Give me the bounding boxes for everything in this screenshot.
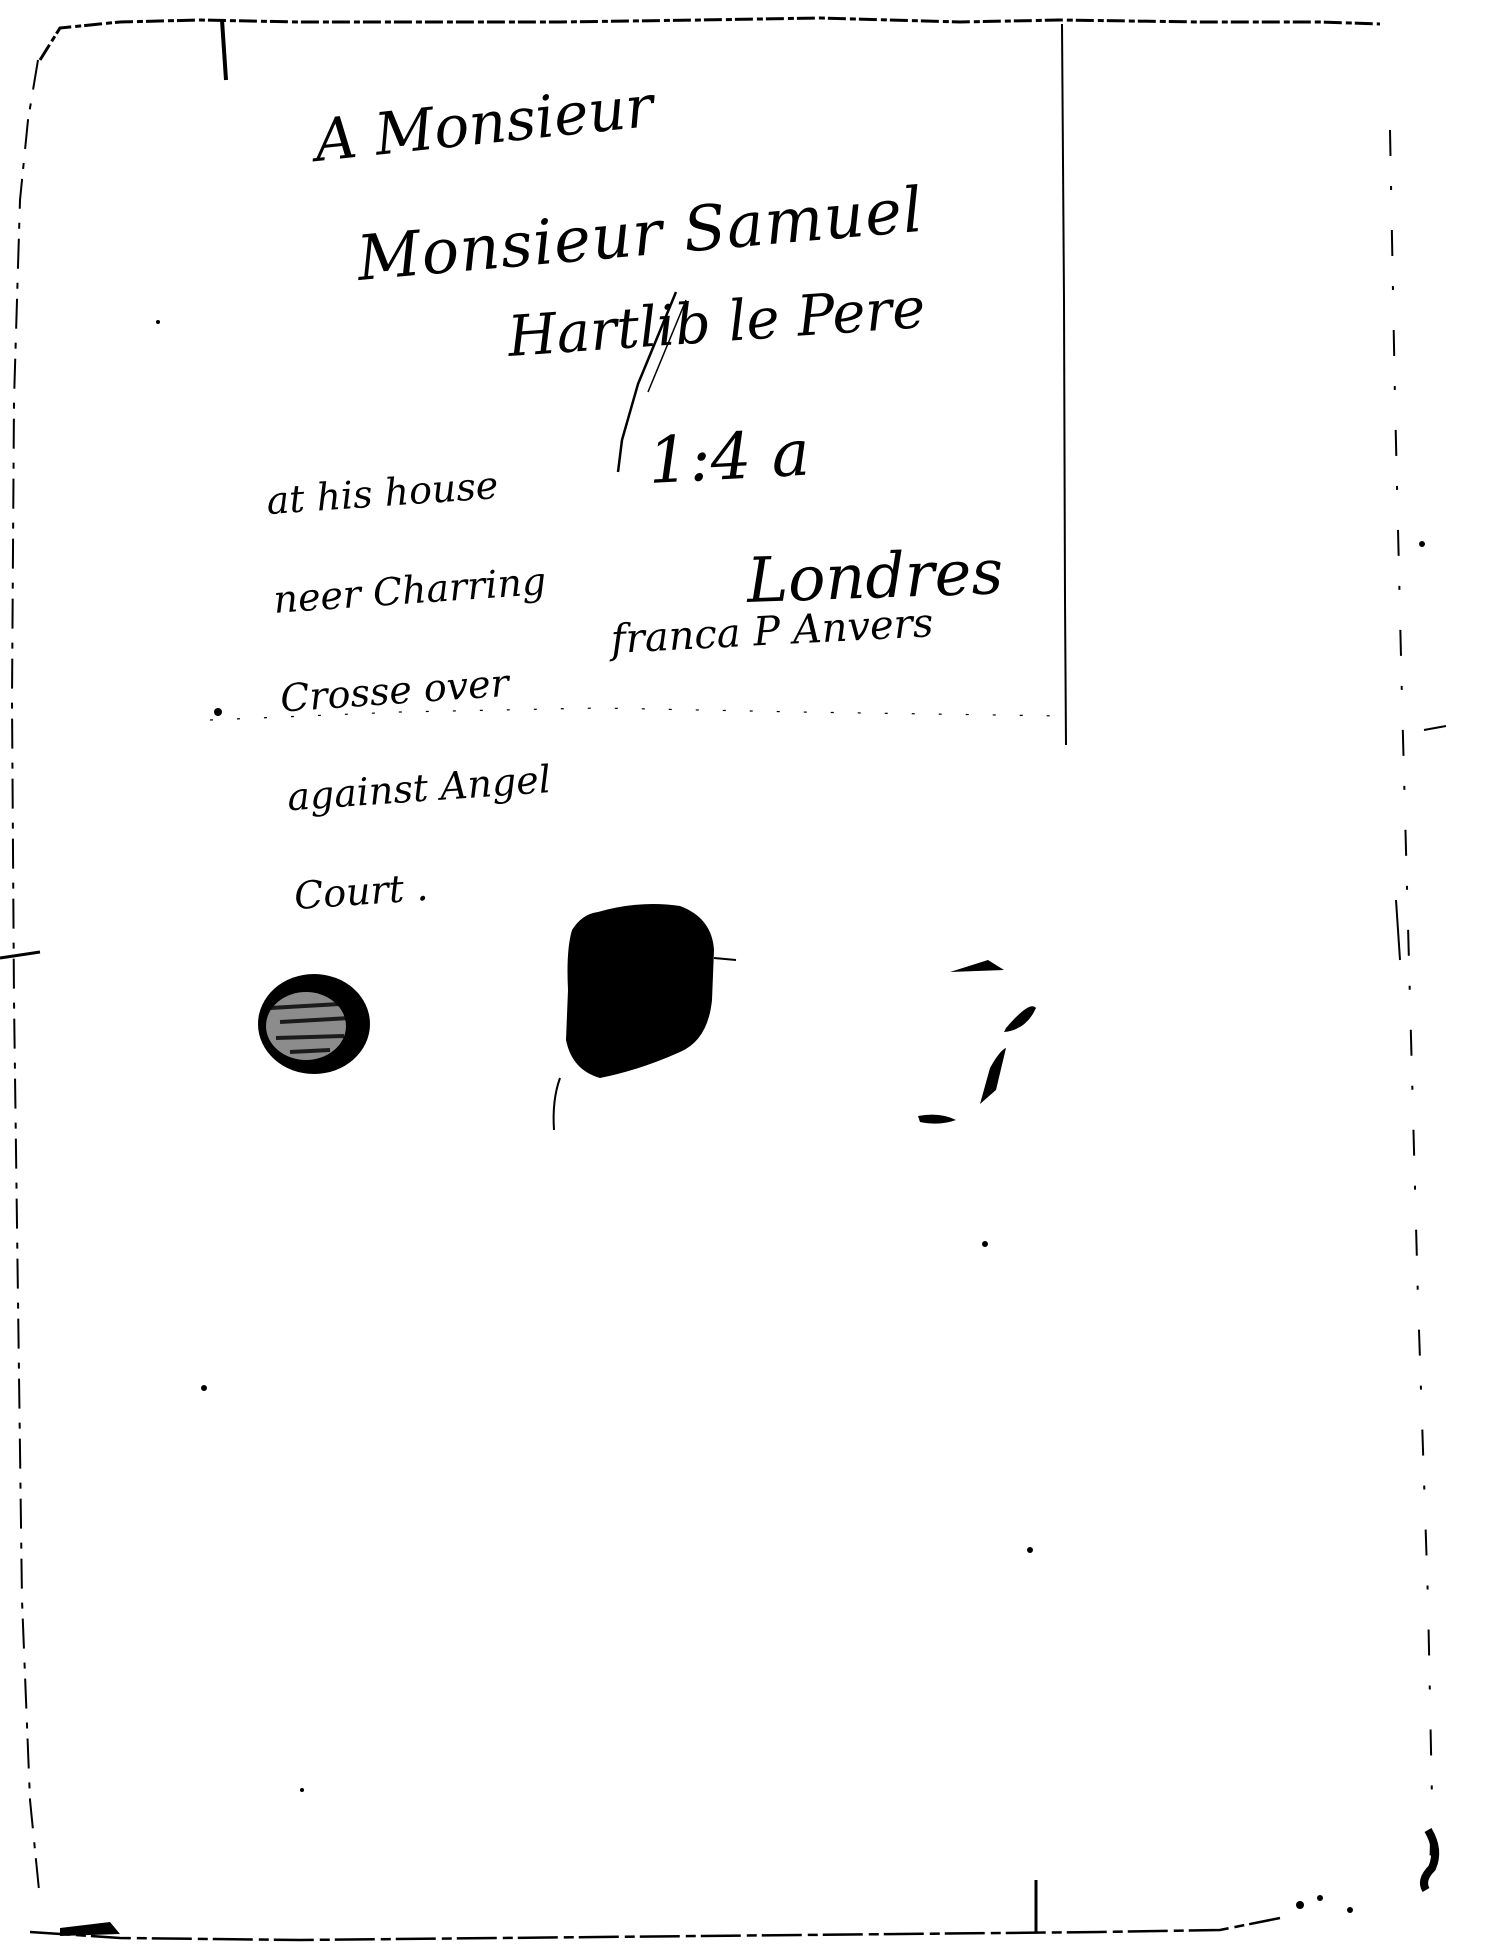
address-house-line: against Angel — [286, 762, 561, 814]
reference-mark: 1:4 a — [647, 422, 812, 494]
address-house-block: at his house neer Charring Crosse over a… — [261, 400, 573, 979]
address-house-line: Crosse over — [279, 664, 554, 716]
seal-left-icon — [258, 974, 370, 1074]
address-house-line: at his house — [265, 466, 540, 518]
address-house-line: Court . — [293, 861, 568, 913]
document-page: A Monsieur Monsieur Samuel Hartlib le Pe… — [0, 0, 1488, 1948]
address-city: Londres — [746, 541, 1004, 612]
address-house-line: neer Charring — [272, 565, 547, 617]
seal-right-icon — [554, 904, 736, 1130]
